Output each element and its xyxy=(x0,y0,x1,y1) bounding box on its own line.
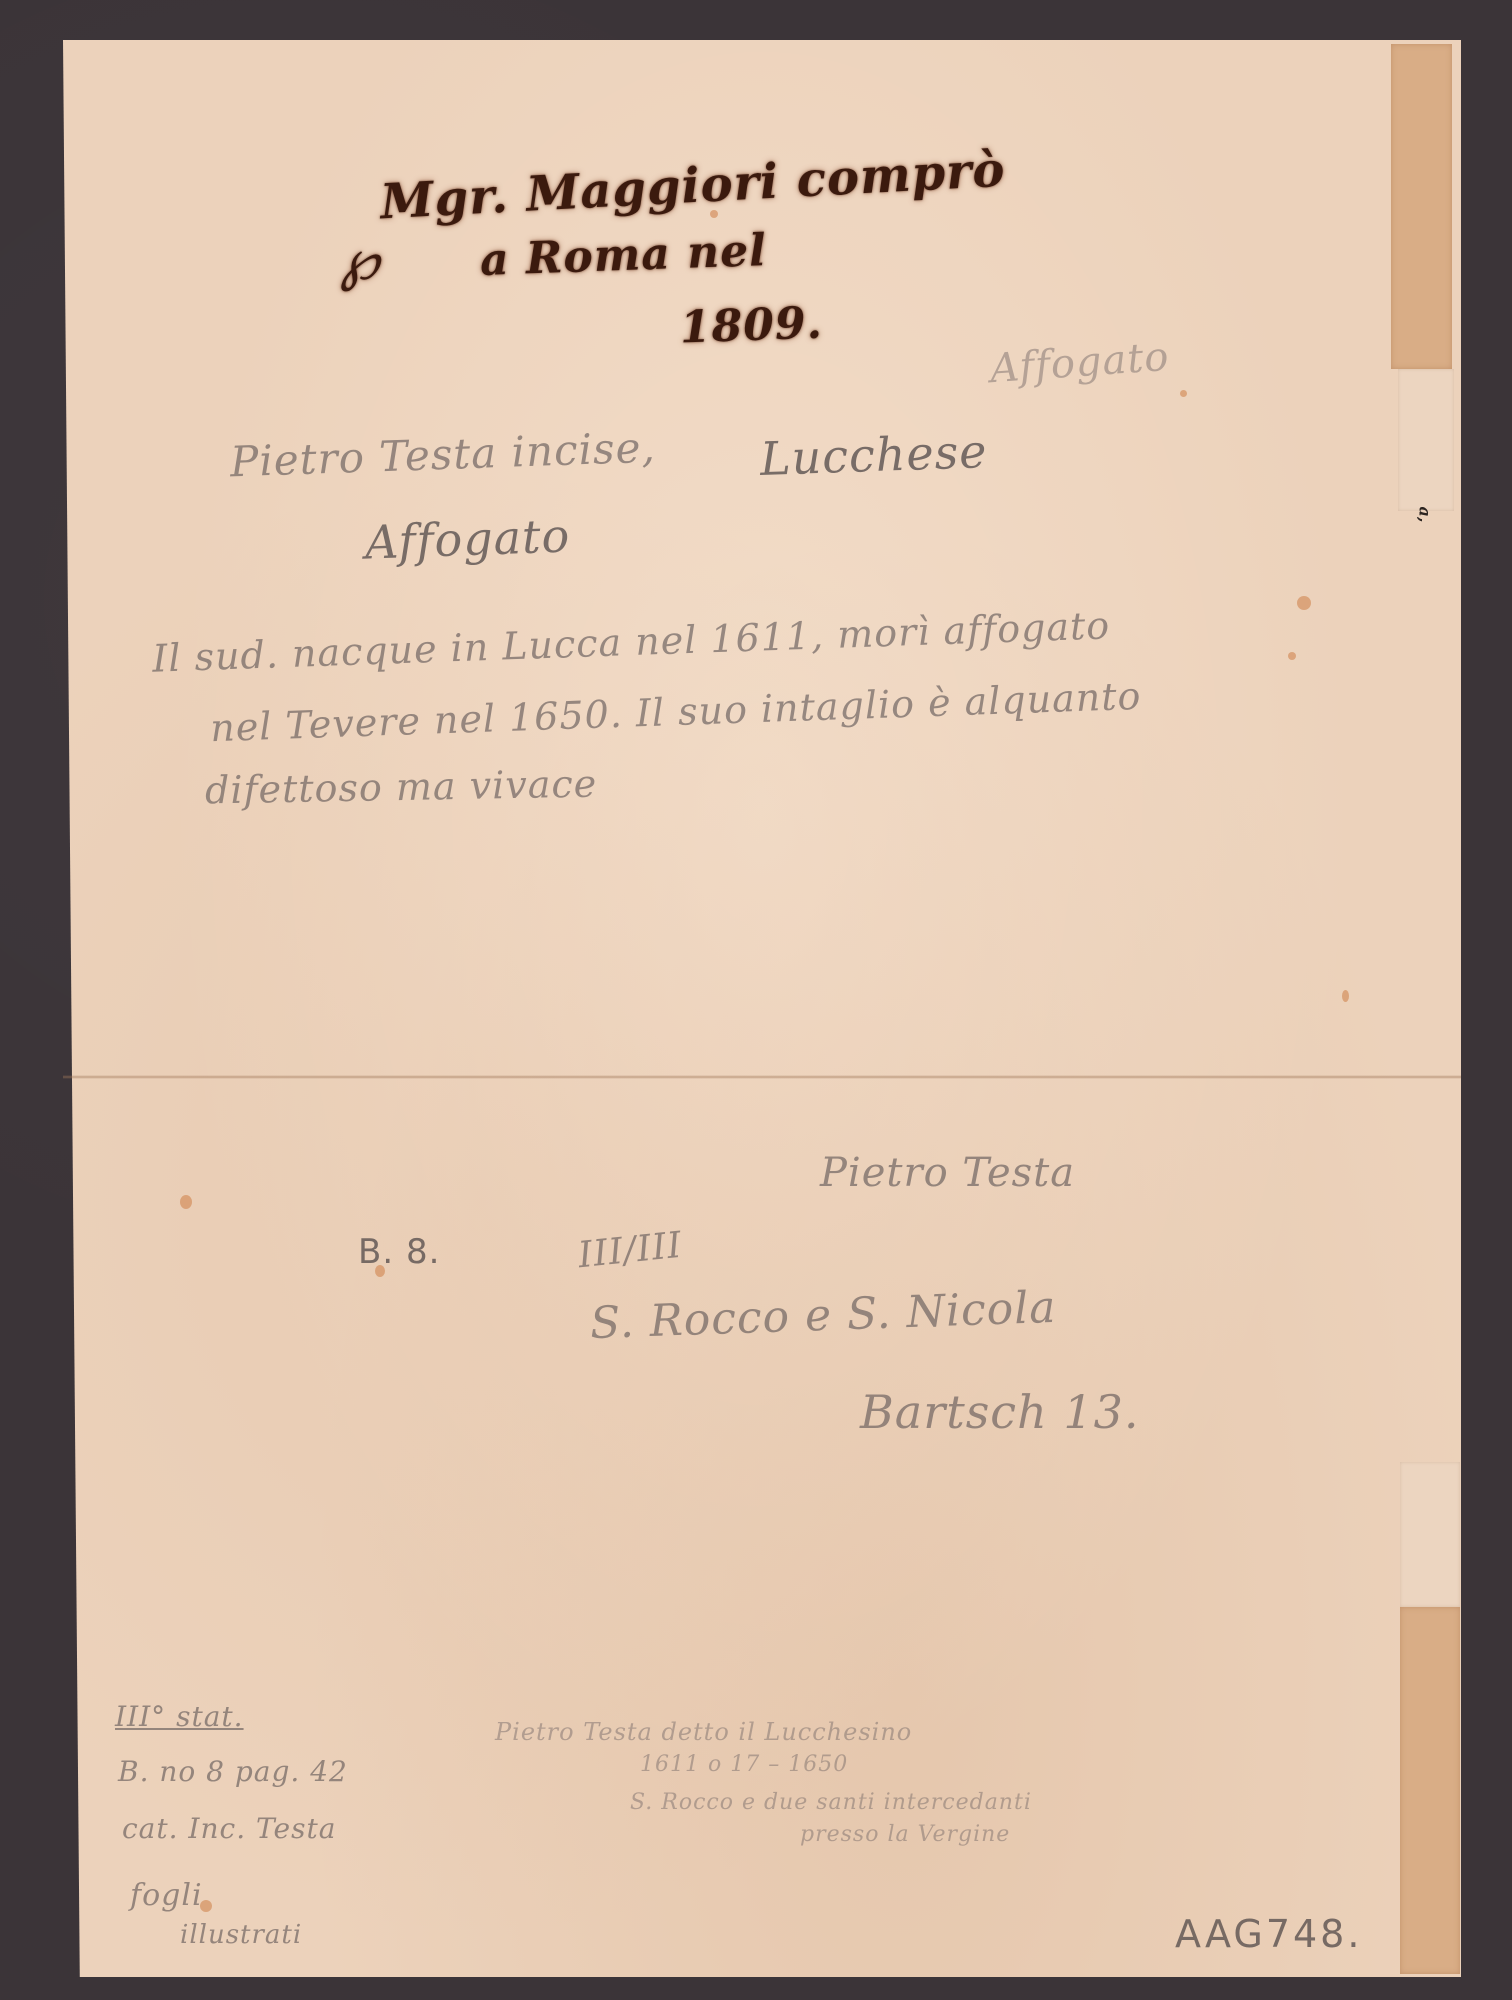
pencil-biography-line3: difettoso ma vivace xyxy=(205,762,598,813)
pencil-bottom-left-line3: cat. Inc. Testa xyxy=(122,1812,336,1845)
fold-crease xyxy=(63,1075,1461,1079)
pencil-heading-origin: Lucchese xyxy=(759,424,988,486)
inventory-number: AAG748. xyxy=(1175,1912,1362,1956)
pencil-bottom-center-line2: 1611 o 17 – 1650 xyxy=(640,1752,848,1777)
pencil-catalogue-ref: B. 8. xyxy=(358,1232,440,1272)
foxing-spot xyxy=(1288,652,1296,660)
ink-inscription-line2: a Roma nel xyxy=(479,225,767,286)
pencil-bottom-left-line1: III° stat. xyxy=(115,1700,244,1733)
ink-flourish: ℘ xyxy=(340,228,380,293)
pencil-bottom-center-line1: Pietro Testa detto il Lucchesino xyxy=(495,1718,912,1746)
foxing-spot xyxy=(1180,390,1187,397)
hinge-tape-bottom-pale xyxy=(1400,1462,1460,1607)
pencil-heading-affogato: Affogato xyxy=(364,508,571,569)
pencil-catalogue-bartsch: Bartsch 13. xyxy=(860,1385,1139,1439)
pencil-bottom-center-line3: S. Rocco e due santi intercedanti xyxy=(630,1790,1032,1815)
foxing-spot xyxy=(1342,990,1349,1002)
pencil-catalogue-artist: Pietro Testa xyxy=(820,1150,1075,1196)
ink-inscription-line3: 1809. xyxy=(679,298,823,354)
tape-label: a, xyxy=(1415,507,1434,523)
hinge-tape-bottom xyxy=(1400,1607,1460,1974)
hinge-tape-label-strip xyxy=(1398,369,1454,511)
pencil-bottom-left-line2: B. no 8 pag. 42 xyxy=(118,1755,348,1788)
pencil-bottom-left-line5: illustrati xyxy=(180,1920,302,1950)
foxing-spot xyxy=(180,1195,192,1209)
pencil-bottom-left-line4: fogli xyxy=(130,1878,203,1913)
foxing-spot xyxy=(1297,596,1311,610)
pencil-bottom-center-line4: presso la Vergine xyxy=(800,1822,1010,1847)
hinge-tape-top xyxy=(1391,44,1452,369)
